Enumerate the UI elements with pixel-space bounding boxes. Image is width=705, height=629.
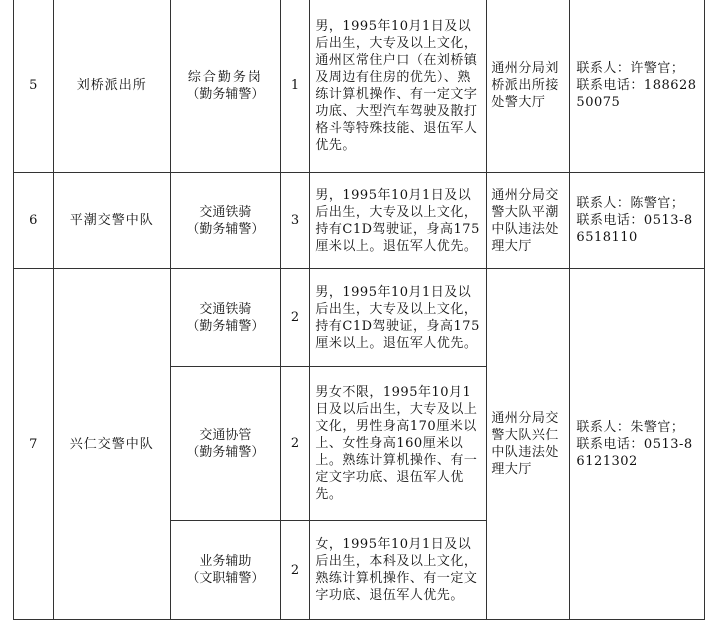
headcount: 2 — [280, 367, 310, 521]
post-title: 业务辅助 — [171, 553, 280, 570]
contact-phone: 联系电话：18862850075 — [576, 77, 700, 111]
location: 通州分局刘桥派出所接处警大厅 — [487, 0, 570, 173]
headcount: 3 — [280, 173, 310, 269]
post-title: 交通协管 — [171, 427, 280, 444]
contact-person: 联系人：许警官； — [576, 60, 700, 77]
contact: 联系人：许警官； 联系电话：18862850075 — [570, 0, 705, 173]
headcount: 2 — [280, 521, 310, 620]
post-name: 业务辅助 （文职辅警） — [170, 521, 280, 620]
row-number: 6 — [14, 173, 54, 269]
post-title: 交通铁骑 — [171, 301, 280, 318]
location: 通州分局交警大队平潮中队违法处理大厅 — [487, 173, 570, 269]
requirements: 男女不限，1995年10月1日及以后出生，大专及以上文化，男性身高170厘米以上… — [310, 367, 487, 521]
requirements-text: 男，1995年10月1日及以后出生，大专及以上文化，持有C1D驾驶证，身高175… — [315, 187, 482, 255]
recruitment-table: 5 刘桥派出所 综合勤务岗 （勤务辅警） 1 男，1995年10月1日及以后出生… — [13, 0, 705, 620]
requirements-text: 男，1995年10月1日及以后出生，大专及以上文化，持有C1D驾驶证，身高175… — [315, 284, 482, 352]
post-name: 交通铁骑 （勤务辅警） — [170, 173, 280, 269]
post-name: 交通协管 （勤务辅警） — [170, 367, 280, 521]
post-name: 交通铁骑 （勤务辅警） — [170, 269, 280, 367]
contact: 联系人：陈警官； 联系电话：0513-86518110 — [570, 173, 705, 269]
post-type: （勤务辅警） — [171, 444, 280, 461]
contact: 联系人：朱警官； 联系电话：0513-86121302 — [570, 269, 705, 620]
unit-name: 平潮交警中队 — [53, 173, 170, 269]
requirements: 女，1995年10月1日及以后出生，本科及以上文化，熟练计算机操作、有一定文字功… — [310, 521, 487, 620]
row-number: 5 — [14, 0, 54, 173]
requirements-text: 男，1995年10月1日及以后出生，大专及以上文化，通州区常住户口（在刘桥镇及周… — [315, 18, 482, 154]
requirements-text: 男女不限，1995年10月1日及以后出生，大专及以上文化，男性身高170厘米以上… — [315, 384, 482, 503]
headcount: 2 — [280, 269, 310, 367]
post-title: 交通铁骑 — [171, 204, 280, 221]
requirements-text: 女，1995年10月1日及以后出生，本科及以上文化，熟练计算机操作、有一定文字功… — [315, 536, 482, 604]
table-row: 7 兴仁交警中队 交通铁骑 （勤务辅警） 2 男，1995年10月1日及以后出生… — [14, 269, 705, 367]
post-title: 综合勤务岗 — [171, 69, 280, 86]
contact-person: 联系人：陈警官； — [576, 195, 700, 212]
post-type: （文职辅警） — [171, 570, 280, 587]
requirements: 男，1995年10月1日及以后出生，大专及以上文化，持有C1D驾驶证，身高175… — [310, 269, 487, 367]
post-name: 综合勤务岗 （勤务辅警） — [170, 0, 280, 173]
unit-name: 刘桥派出所 — [53, 0, 170, 173]
contact-phone: 联系电话：0513-86121302 — [576, 436, 700, 470]
requirements: 男，1995年10月1日及以后出生，大专及以上文化，持有C1D驾驶证，身高175… — [310, 173, 487, 269]
contact-person: 联系人：朱警官； — [576, 419, 700, 436]
post-type: （勤务辅警） — [171, 318, 280, 335]
post-type: （勤务辅警） — [171, 86, 280, 103]
unit-name: 兴仁交警中队 — [53, 269, 170, 620]
table-row: 5 刘桥派出所 综合勤务岗 （勤务辅警） 1 男，1995年10月1日及以后出生… — [14, 0, 705, 173]
contact-phone: 联系电话：0513-86518110 — [576, 212, 700, 246]
headcount: 1 — [280, 0, 310, 173]
requirements: 男，1995年10月1日及以后出生，大专及以上文化，通州区常住户口（在刘桥镇及周… — [310, 0, 487, 173]
row-number: 7 — [14, 269, 54, 620]
table-row: 6 平潮交警中队 交通铁骑 （勤务辅警） 3 男，1995年10月1日及以后出生… — [14, 173, 705, 269]
post-type: （勤务辅警） — [171, 221, 280, 238]
location: 通州分局交警大队兴仁中队违法处理大厅 — [487, 269, 570, 620]
